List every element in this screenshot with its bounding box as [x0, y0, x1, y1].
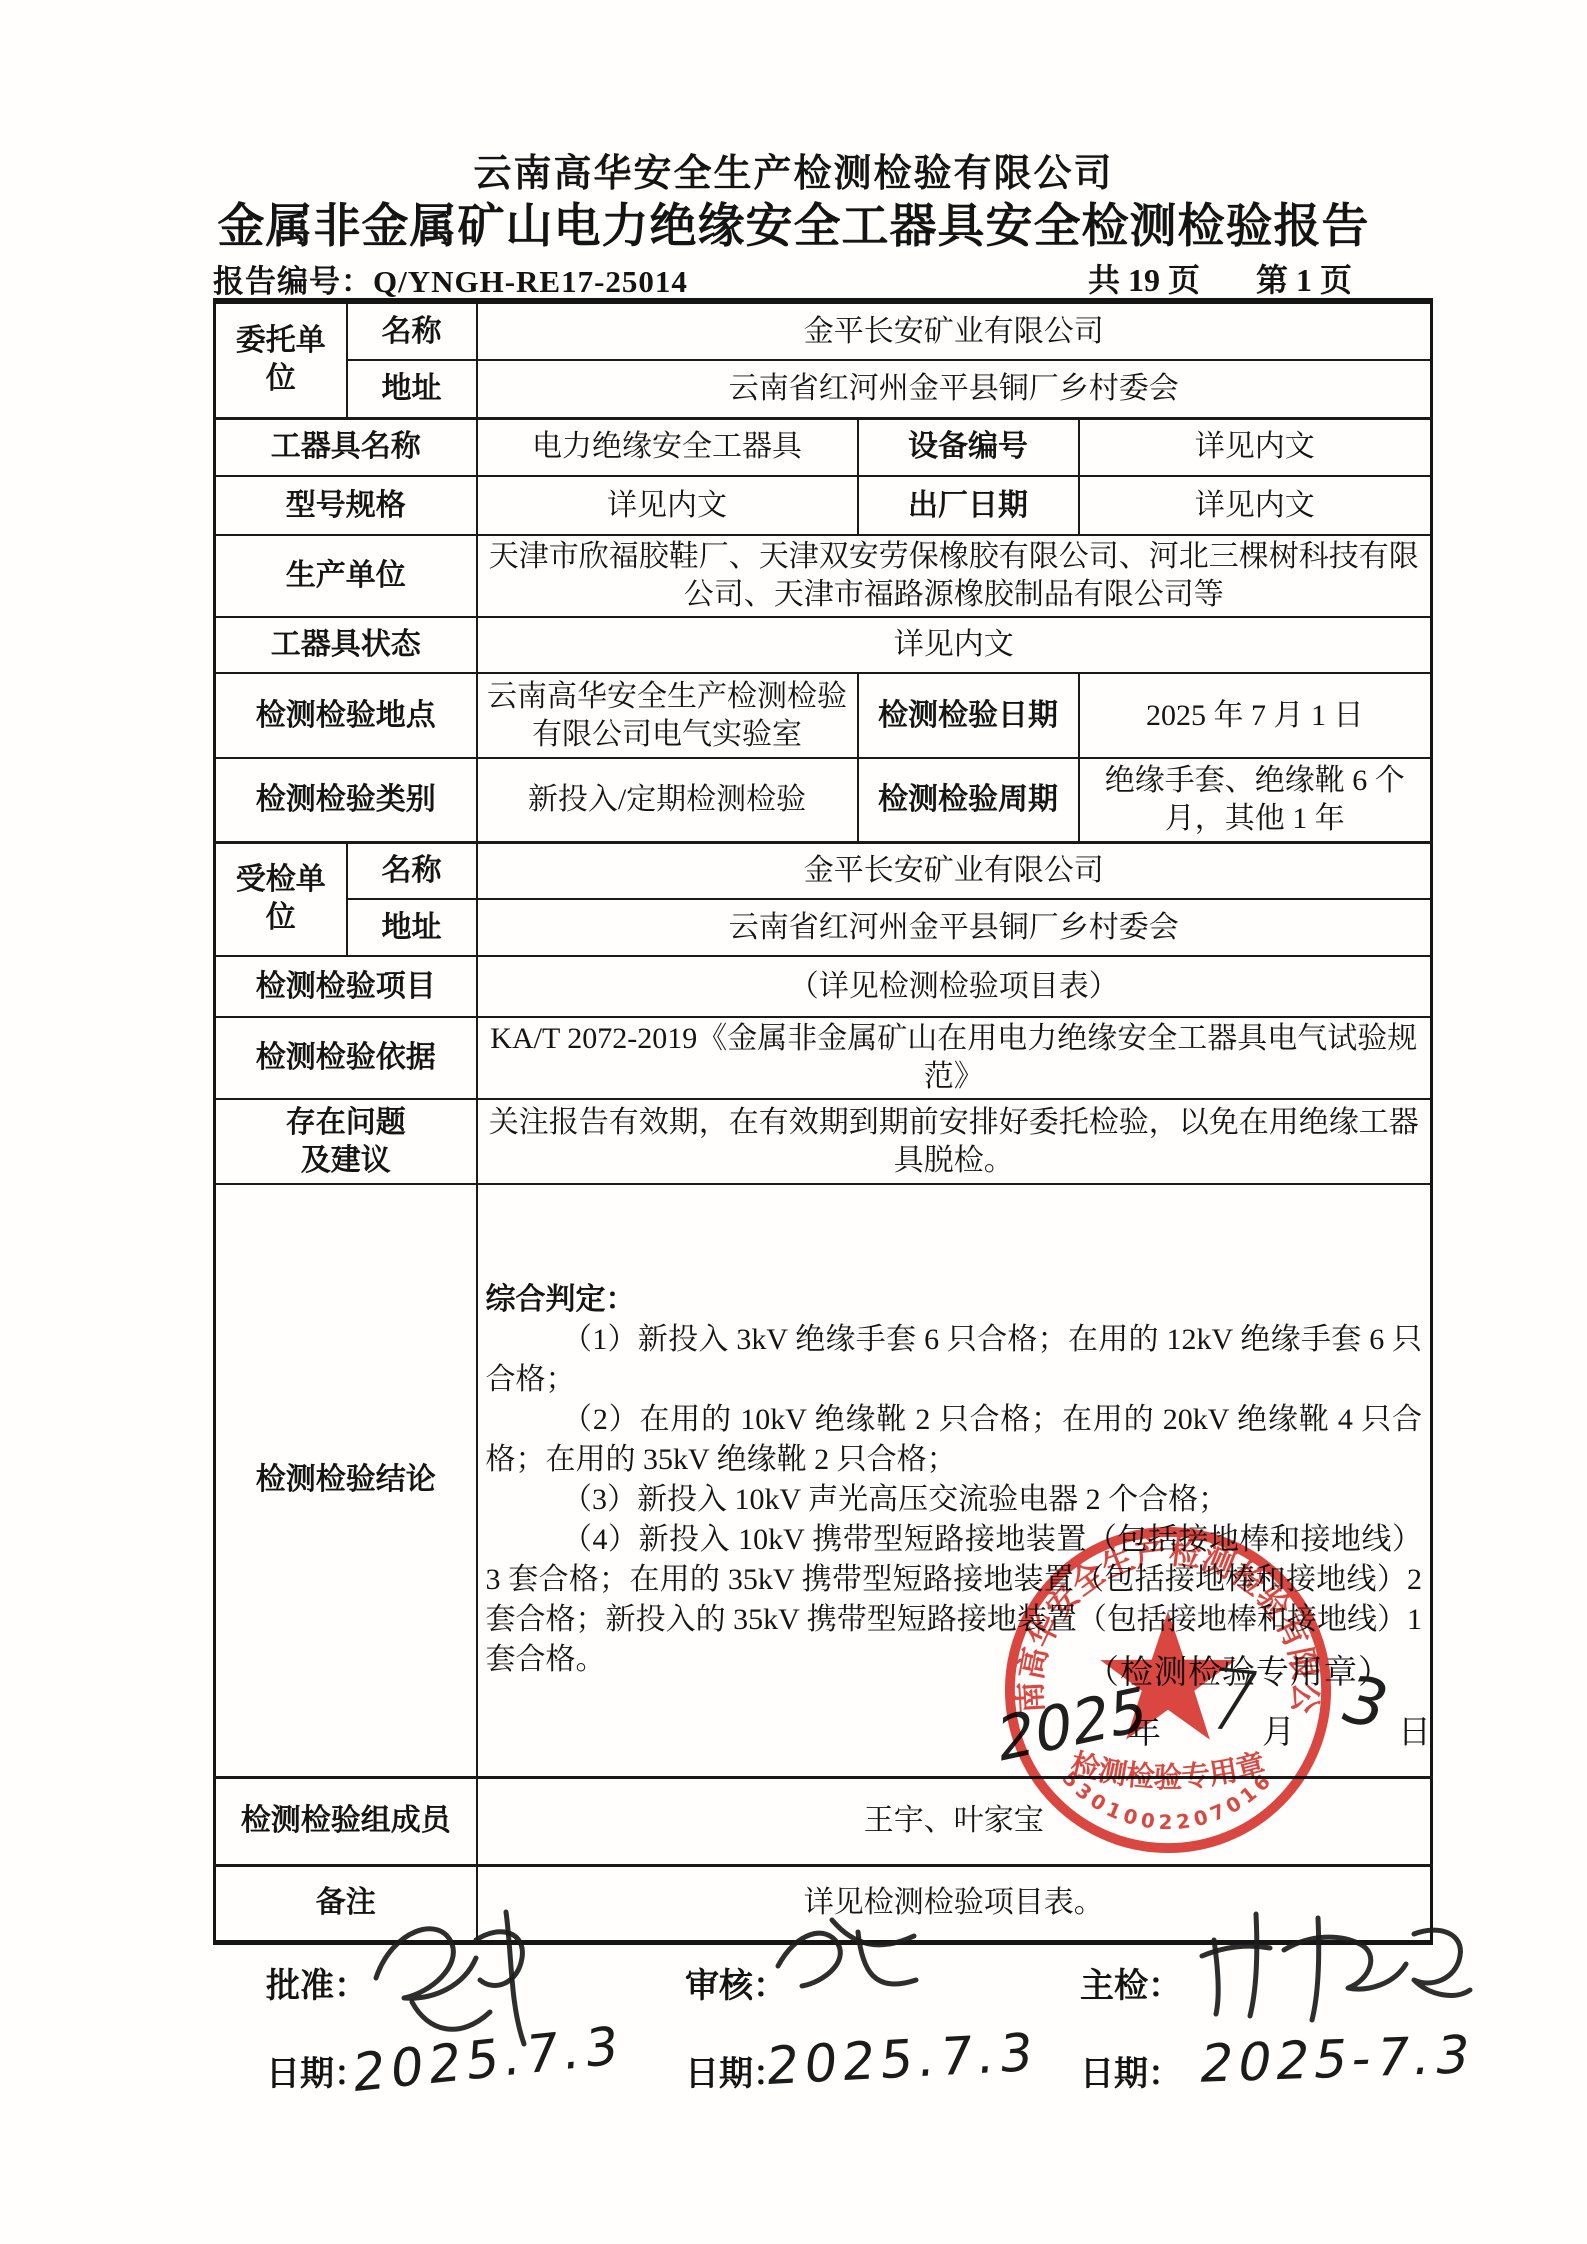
reviewer-signature-scribble: [762, 1898, 942, 2018]
insp-items-value: （详见检测检验项目表）: [477, 956, 1432, 1017]
device-no-label: 设备编号: [858, 418, 1079, 476]
issues-value: 关注报告有效期，在有效期到期前安排好委托检验，以免在用绝缘工器具脱检。: [477, 1099, 1432, 1184]
insp-type-value: 新投入/定期检测检验: [477, 758, 858, 842]
table-row: 地址 云南省红河州金平县铜厂乡村委会: [215, 899, 1432, 956]
table-row: 存在问题 及建议 关注报告有效期，在有效期到期前安排好委托检验，以免在用绝缘工器…: [215, 1099, 1432, 1184]
report-number: 报告编号：Q/YNGH-RE17-25014: [213, 256, 688, 301]
table-row: 检测检验项目 （详见检测检验项目表）: [215, 956, 1432, 1017]
status-value: 详见内文: [477, 617, 1432, 673]
table-row: 受检单位 名称 金平长安矿业有限公司: [215, 842, 1432, 899]
insp-date-label: 检测检验日期: [858, 673, 1079, 758]
subject-address-label: 地址: [347, 899, 477, 956]
insp-place-value: 云南高华安全生产检测检验有限公司电气实验室: [477, 673, 858, 758]
subject-name-value: 金平长安矿业有限公司: [477, 842, 1432, 899]
issues-label-line1: 存在问题: [224, 1104, 468, 1142]
insp-basis-value: KA/T 2072-2019《金属非金属矿山在用电力绝缘安全工器具电气试验规范》: [477, 1017, 1432, 1099]
table-row: 生产单位 天津市欣福胶鞋厂、天津双安劳保橡胶有限公司、河北三棵树科技有限公司、天…: [215, 535, 1432, 617]
table-row: 型号规格 详见内文 出厂日期 详见内文: [215, 476, 1432, 535]
report-title: 金属非金属矿山电力绝缘安全工器具安全检测检验报告: [0, 198, 1587, 256]
client-group-label: 委托单位: [215, 301, 347, 418]
insp-place-label: 检测检验地点: [215, 673, 477, 758]
conclusion-label: 检测检验结论: [215, 1184, 477, 1777]
subject-name-label: 名称: [347, 842, 477, 899]
team-label: 检测检验组成员: [215, 1777, 477, 1865]
model-value: 详见内文: [477, 476, 858, 535]
table-row: 检测检验类别 新投入/定期检测检验 检测检验周期 绝缘手套、绝缘靴 6 个月，其…: [215, 758, 1432, 842]
table-row: 工器具名称 电力绝缘安全工器具 设备编号 详见内文: [215, 418, 1432, 476]
device-no-value: 详见内文: [1079, 418, 1432, 476]
tool-name-label: 工器具名称: [215, 418, 477, 476]
insp-basis-label: 检测检验依据: [215, 1017, 477, 1099]
mfg-date-value: 详见内文: [1079, 476, 1432, 535]
status-label: 工器具状态: [215, 617, 477, 673]
conclusion-item-1: （1）新投入 3kV 绝缘手套 6 只合格；在用的 12kV 绝缘手套 6 只合…: [486, 1320, 1423, 1400]
report-number-line: 报告编号：Q/YNGH-RE17-25014 共 19 页 第 1 页: [213, 258, 1430, 298]
client-address-label: 地址: [347, 360, 477, 418]
report-page: 云南高华安全生产检测检验有限公司 金属非金属矿山电力绝缘安全工器具安全检测检验报…: [0, 0, 1587, 2244]
report-number-value: Q/YNGH-RE17-25014: [373, 264, 688, 299]
insp-type-label: 检测检验类别: [215, 758, 477, 842]
conclusion-item-3: （3）新投入 10kV 声光高压交流验电器 2 个合格；: [486, 1480, 1423, 1520]
svg-text:检测检验专用章: 检测检验专用章: [1067, 1747, 1268, 1794]
insp-cycle-value: 绝缘手套、绝缘靴 6 个月，其他 1 年: [1079, 758, 1432, 842]
official-seal-stamp: 云南高华安全生产检测检验有限公司 检测检验专用章 5301002207016: [1000, 1522, 1336, 1858]
insp-cycle-label: 检测检验周期: [858, 758, 1079, 842]
report-number-label: 报告编号：: [213, 264, 373, 299]
insp-items-label: 检测检验项目: [215, 956, 477, 1017]
seal-star-icon: [1100, 1611, 1235, 1740]
pages-total: 共 19 页: [1088, 255, 1200, 301]
table-row: 检测检验地点 云南高华安全生产检测检验有限公司电气实验室 检测检验日期 2025…: [215, 673, 1432, 758]
day-char: 日: [1398, 1706, 1431, 1753]
table-row: 地址 云南省红河州金平县铜厂乡村委会: [215, 360, 1432, 418]
maker-value: 天津市欣福胶鞋厂、天津双安劳保橡胶有限公司、河北三棵树科技有限公司、天津市福路源…: [477, 535, 1432, 617]
conclusion-heading: 综合判定：: [486, 1280, 1423, 1320]
chief-date-handwritten: 2025-7.3: [1195, 2025, 1479, 2095]
client-name-label: 名称: [347, 301, 477, 360]
table-row: 工器具状态 详见内文: [215, 617, 1432, 673]
client-name-value: 金平长安矿业有限公司: [477, 301, 1432, 360]
subject-group-label: 受检单位: [215, 842, 347, 956]
organization-title: 云南高华安全生产检测检验有限公司: [0, 150, 1587, 198]
chief-signature-scribble: [1192, 1892, 1482, 2042]
insp-date-value: 2025 年 7 月 1 日: [1079, 673, 1432, 758]
chief-date-label: 日期：: [1080, 2046, 1182, 2095]
subject-address-value: 云南省红河州金平县铜厂乡村委会: [477, 899, 1432, 956]
pagination: 共 19 页 第 1 页: [1088, 255, 1430, 301]
tool-name-value: 电力绝缘安全工器具: [477, 418, 858, 476]
table-row: 检测检验依据 KA/T 2072-2019《金属非金属矿山在用电力绝缘安全工器具…: [215, 1017, 1432, 1099]
mfg-date-label: 出厂日期: [858, 476, 1079, 535]
issues-label-line2: 及建议: [224, 1142, 468, 1180]
review-date-handwritten: 2025.7.3: [764, 2023, 1040, 2098]
issues-label: 存在问题 及建议: [215, 1099, 477, 1184]
model-label: 型号规格: [215, 476, 477, 535]
client-address-value: 云南省红河州金平县铜厂乡村委会: [477, 360, 1432, 418]
table-row: 委托单位 名称 金平长安矿业有限公司: [215, 301, 1432, 360]
maker-label: 生产单位: [215, 535, 477, 617]
seal-title-text: 检测检验专用章: [1067, 1747, 1268, 1794]
page-current: 第 1 页: [1256, 255, 1352, 301]
chief-label: 主检：: [1080, 1958, 1182, 2007]
conclusion-item-2: （2）在用的 10kV 绝缘靴 2 只合格；在用的 20kV 绝缘靴 4 只合格…: [486, 1400, 1423, 1480]
